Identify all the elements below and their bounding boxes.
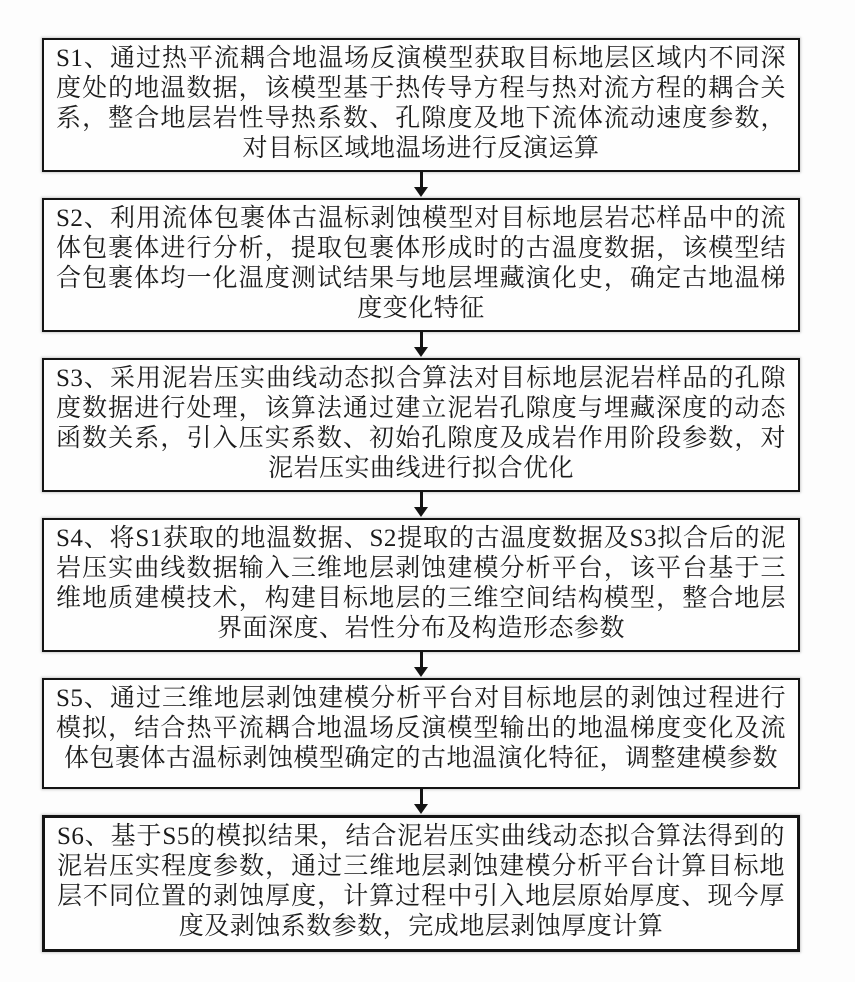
arrow-head-icon: [414, 187, 428, 197]
arrow-shaft: [420, 789, 423, 805]
arrow-shaft: [420, 172, 423, 188]
arrow-shaft: [420, 492, 423, 508]
flow-step-s1: S1、通过热平流耦合地温场反演模型获取目标地层区域内不同深度处的地温数据，该模型…: [42, 38, 800, 172]
flow-step-s3-text: S3、采用泥岩压实曲线动态拟合算法对目标地层泥岩样品的孔隙度数据进行处理，该算法…: [56, 365, 786, 482]
flow-step-s2-text: S2、利用流体包裹体古温标剥蚀模型对目标地层岩芯样品中的流体包裹体进行分析，提取…: [56, 205, 786, 322]
flowchart: S1、通过热平流耦合地温场反演模型获取目标地层区域内不同深度处的地温数据，该模型…: [42, 38, 800, 952]
arrow-head-icon: [414, 804, 428, 814]
arrow-shaft: [420, 652, 423, 668]
flow-step-s6: S6、基于S5的模拟结果，结合泥岩压实曲线动态拟合算法得到的泥岩压实程度参数，通…: [42, 815, 800, 952]
down-arrow-4: [42, 652, 800, 678]
arrow-shaft: [420, 332, 423, 348]
arrow-head-icon: [414, 667, 428, 677]
flow-step-s5: S5、通过三维地层剥蚀建模分析平台对目标地层的剥蚀过程进行模拟，结合热平流耦合地…: [42, 678, 800, 789]
flow-step-s1-text: S1、通过热平流耦合地温场反演模型获取目标地层区域内不同深度处的地温数据，该模型…: [56, 45, 786, 162]
flow-step-s5-text: S5、通过三维地层剥蚀建模分析平台对目标地层的剥蚀过程进行模拟，结合热平流耦合地…: [56, 685, 786, 772]
down-arrow-2: [42, 332, 800, 358]
flow-step-s2: S2、利用流体包裹体古温标剥蚀模型对目标地层岩芯样品中的流体包裹体进行分析，提取…: [42, 198, 800, 332]
flow-step-s6-text: S6、基于S5的模拟结果，结合泥岩压实曲线动态拟合算法得到的泥岩压实程度参数，通…: [57, 823, 785, 940]
flow-step-s4: S4、将S1获取的地温数据、S2提取的古温度数据及S3拟合后的泥岩压实曲线数据输…: [42, 518, 800, 652]
down-arrow-3: [42, 492, 800, 518]
flow-step-s3: S3、采用泥岩压实曲线动态拟合算法对目标地层泥岩样品的孔隙度数据进行处理，该算法…: [42, 358, 800, 492]
arrow-head-icon: [414, 347, 428, 357]
flow-step-s4-text: S4、将S1获取的地温数据、S2提取的古温度数据及S3拟合后的泥岩压实曲线数据输…: [56, 525, 786, 642]
down-arrow-1: [42, 172, 800, 198]
down-arrow-5: [42, 789, 800, 815]
arrow-head-icon: [414, 507, 428, 517]
